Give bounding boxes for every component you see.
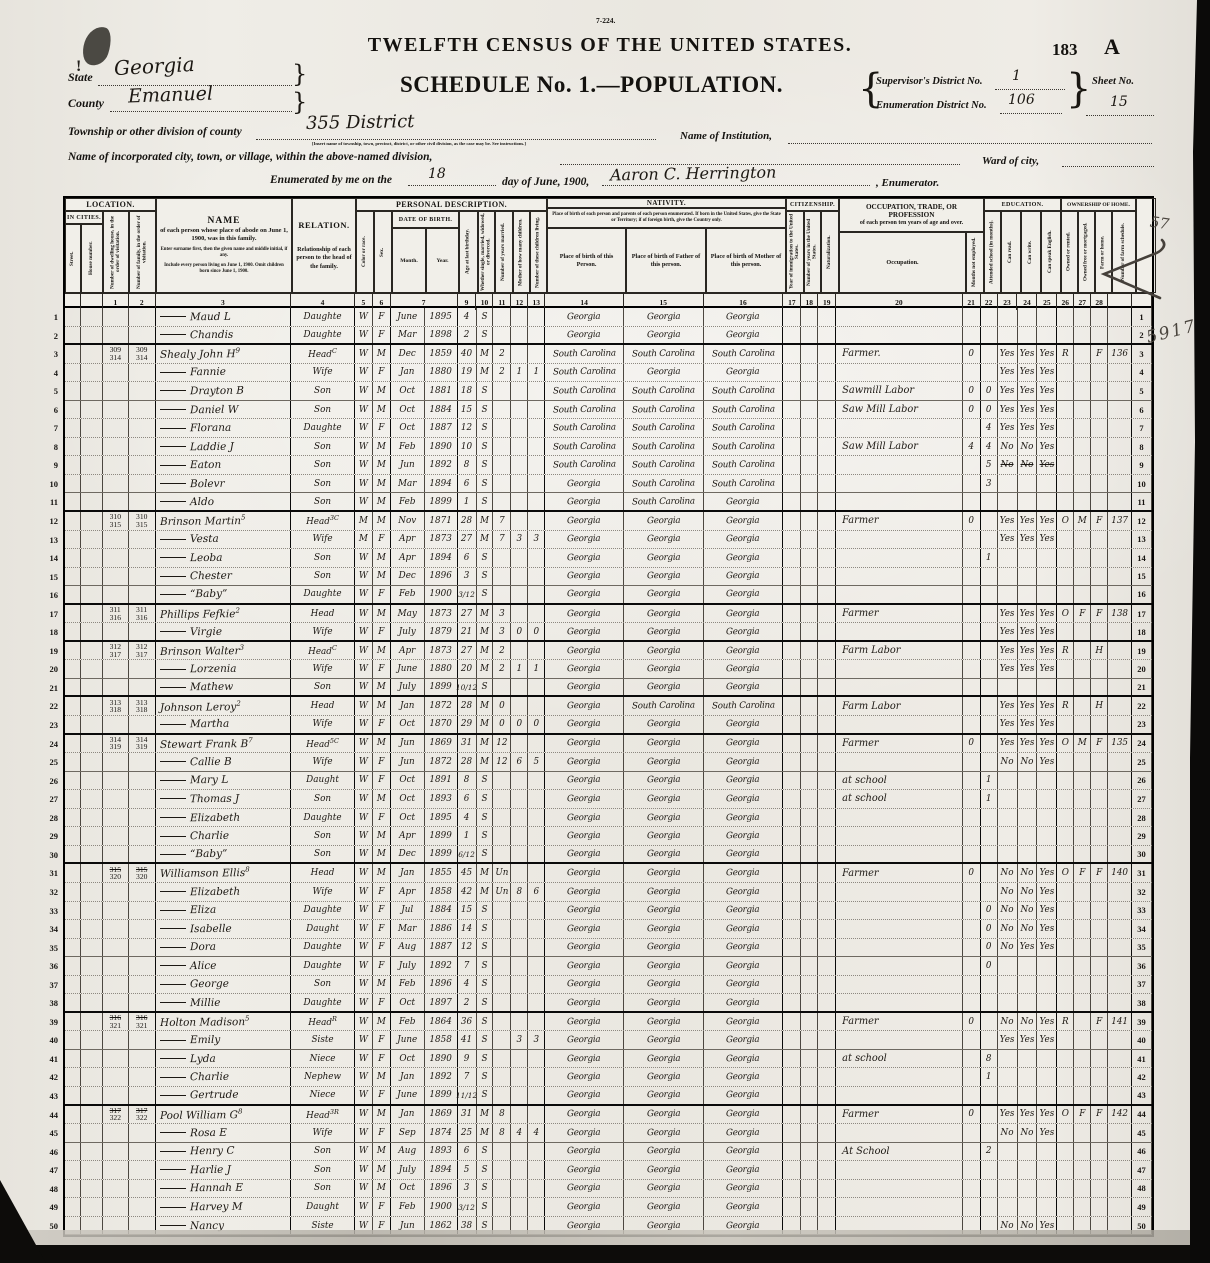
census-row: 312317312317Brinson Walter3HeadCWMApr187… [65,642,1152,661]
cell-cl [528,1106,545,1124]
cell-by: 1890 [425,438,458,456]
cell-mc [511,902,528,920]
relation-group-title: RELATION. [298,220,349,230]
cell-ow [1057,623,1074,640]
left-line-number: 45 [38,1124,58,1143]
cell-ms: S [477,419,494,437]
cell-pf: Georgia [624,1161,704,1179]
cell-ym [493,827,511,845]
cell-mc [511,382,528,400]
cell-by: 1893 [425,790,458,808]
cell-bm: Feb [391,1198,425,1216]
cell-st [65,605,81,623]
cell-cl [528,493,545,510]
cell-yu [801,902,818,920]
name-column-header: NAME of each person whose place of abode… [156,198,292,293]
cell-ln: 48 [1132,1180,1152,1198]
cell-sp [1037,1050,1057,1068]
cell-fs [1108,994,1132,1011]
cell-fm [129,493,156,510]
cell-pm: Georgia [704,1124,784,1142]
cell-mc [511,939,528,957]
cell-fh [1091,586,1108,603]
cell-by: 1869 [425,1106,458,1124]
cell-ag: 27 [458,642,477,660]
cell-rl: Head3R [291,1106,355,1124]
cell-pb: Georgia [545,1198,624,1216]
census-row: IsabelleDaughtWFMar188614SGeorgiaGeorgia… [65,920,1152,939]
cell-cr: W [355,697,373,715]
cell-hn [81,1068,103,1086]
cell-rl: Son [291,475,355,493]
cell-pb: Georgia [545,1087,624,1104]
cell-dw: 309314 [103,345,129,363]
county-rule [110,110,292,112]
cell-sp: Yes [1037,456,1057,474]
census-row: Daniel WSonWMOct188415SSouth CarolinaSou… [65,401,1152,420]
cell-rd [998,586,1018,603]
ditto-dash [160,1077,186,1078]
cell-om [1074,1068,1091,1086]
cell-cl [528,549,545,567]
cell-na [818,772,836,790]
cell-mn: 0 [963,864,981,882]
cell-bm: Oct [391,790,425,808]
cell-oc: Saw Mill Labor [836,401,963,419]
cell-cl [528,1217,545,1235]
cell-cr: W [355,679,373,696]
ditto-dash [160,1058,186,1059]
cell-ow [1057,679,1074,696]
cell-pm: Georgia [704,846,784,863]
cell-mc [511,1087,528,1104]
census-row: 317322317322Pool William G8Head3RWMJan18… [65,1106,1152,1125]
header-nativity_cols-1: Place of birth of Father of this person. [626,228,706,293]
header-personal-sex: Sex. [374,211,392,293]
cell-bm: Oct [391,809,425,827]
cell-st [65,1143,81,1161]
relation-column-header: RELATION. Relationship of each person to… [292,198,356,293]
cell-ln: 6 [1132,401,1152,419]
cell-fs [1108,1198,1132,1216]
cell-pf: South Carolina [624,697,704,715]
cell-dw [103,419,129,437]
cell-fm: 311316 [129,605,156,623]
cell-wr: No [1018,456,1038,474]
cell-sc [981,679,998,696]
cell-ym [493,382,511,400]
cell-pb: Georgia [545,697,624,715]
cell-cr: W [355,902,373,920]
cell-wr [1018,1087,1038,1104]
cell-oc: Farmer. [836,345,963,363]
cell-sc: 1 [981,790,998,808]
cell-st [65,1031,81,1049]
cell-cl [528,1143,545,1161]
cell-ow: R [1057,697,1074,715]
cell-om: F [1074,1106,1091,1124]
cell-pf: South Carolina [624,456,704,474]
cell-pm: South Carolina [704,697,784,715]
cell-pf: Georgia [624,1013,704,1031]
cell-rd: Yes [998,531,1018,549]
cell-cl [528,902,545,920]
cell-mn [963,364,981,382]
cell-ow [1057,419,1074,437]
township-value: 355 District [306,111,415,134]
cell-sc [981,493,998,510]
cell-sc: 0 [981,382,998,400]
cell-na [818,846,836,863]
cell-fh [1091,976,1108,994]
cell-ms: M [477,345,494,363]
cell-rd: Yes [998,512,1018,530]
cell-fm [129,568,156,586]
cell-by: 1872 [425,753,458,771]
cell-mn [963,1180,981,1198]
cell-wr [1018,809,1038,827]
header-groups-5: CITIZENSHIP. [786,198,839,211]
cell-ag: 15 [458,401,477,419]
left-line-number: 31 [38,864,58,883]
cell-ow [1057,401,1074,419]
ditto-dash [160,446,186,447]
cell-cr: W [355,493,373,510]
cell-ms: S [477,772,494,790]
cell-sp [1037,1143,1057,1161]
cell-pm: Georgia [704,753,784,771]
name-note2: Include every person living on June 1, 1… [160,263,288,275]
cell-rd: No [998,902,1018,920]
cell-st [65,642,81,660]
cell-fh: F [1091,864,1108,882]
cell-hn [81,809,103,827]
cell-ag: 18 [458,382,477,400]
cell-bm: July [391,957,425,975]
cell-nm: Aldo [156,493,292,510]
cell-hn [81,623,103,640]
cell-rd [998,679,1018,696]
cell-fh [1091,1124,1108,1142]
cell-mn [963,772,981,790]
census-row: Henry CSonWMAug18936SGeorgiaGeorgiaGeorg… [65,1143,1152,1162]
cell-iy [783,846,801,863]
left-line-number: 43 [38,1087,58,1106]
cell-ms: M [477,605,494,623]
cell-mc [511,1161,528,1179]
cell-pb: Georgia [545,1068,624,1086]
cell-sc [981,364,998,382]
cell-mc [511,401,528,419]
cell-ms: S [477,679,494,696]
cell-dw: 310315 [103,512,129,530]
cell-mn [963,846,981,863]
cell-nm: Daniel W [156,401,292,419]
cell-fs [1108,568,1132,586]
cell-bm: Jan [391,697,425,715]
header-location-house: House number. [81,224,103,293]
census-row: MathewSonWMJuly189910/12SGeorgiaGeorgiaG… [65,679,1152,698]
cell-om [1074,976,1091,994]
cell-bm: June [391,1031,425,1049]
ditto-dash [160,669,186,670]
cell-wr: Yes [1018,735,1038,753]
cell-rd [998,846,1018,863]
cell-cr: W [355,716,373,733]
cell-ow [1057,1087,1074,1104]
cell-st [65,475,81,493]
cell-dw [103,1050,129,1068]
cell-pf: Georgia [624,586,704,603]
left-line-number: 49 [38,1198,58,1217]
ditto-dash [160,910,186,911]
cell-wr: Yes [1018,716,1038,733]
cell-nm: Vesta [156,531,292,549]
cell-cr: W [355,642,373,660]
cell-nm: Johnson Leroy2 [156,697,292,715]
cell-ym [493,401,511,419]
cell-mc [511,1013,528,1031]
cell-pf: Georgia [624,1031,704,1049]
cell-wr: No [1018,920,1038,938]
ditto-dash [160,1002,186,1003]
cell-bm: Feb [391,586,425,603]
cell-ms: S [477,1143,494,1161]
cell-yu [801,605,818,623]
cell-mn [963,827,981,845]
cell-mc [511,308,528,326]
cell-na [818,790,836,808]
cell-fh [1091,827,1108,845]
cell-hn [81,883,103,901]
cell-rl: Son [291,679,355,696]
cell-pb: Georgia [545,920,624,938]
cell-fh: F [1091,1013,1108,1031]
cell-ag: 10 [458,438,477,456]
cell-rl: Wife [291,623,355,640]
cell-iy [783,1031,801,1049]
cell-cl [528,994,545,1011]
cell-fs [1108,1050,1132,1068]
cell-na [818,1180,836,1198]
cell-pm: Georgia [704,790,784,808]
cell-rl: Daughte [291,994,355,1011]
cell-oc: Farmer [836,1013,963,1031]
cell-mc [511,568,528,586]
header-personal-marital: Whether single, married, widowed, or div… [478,211,495,293]
cell-om [1074,419,1091,437]
cell-ms: S [477,1050,494,1068]
cell-mn [963,308,981,326]
sheet-value: 15 [1110,94,1128,110]
cell-dw [103,1124,129,1142]
name-note1: Enter surname first, then the given name… [160,247,288,259]
cell-yu [801,753,818,771]
cell-sx: F [373,327,391,344]
cell-st [65,976,81,994]
cell-pb: Georgia [545,883,624,901]
cell-oc [836,957,963,975]
cell-sp: Yes [1037,1106,1057,1124]
cell-sx: M [373,864,391,882]
cell-ag: 4 [458,976,477,994]
cell-st [65,1087,81,1104]
supervisor-label: Supervisor's District No. [876,76,982,87]
cell-rl: Son [291,493,355,510]
cell-dw: 315320 [103,864,129,882]
cell-pf: Georgia [624,809,704,827]
cell-mc: 3 [511,1031,528,1049]
cell-ms: S [477,401,494,419]
cell-rd: No [998,864,1018,882]
cell-by: 1880 [425,660,458,678]
cell-rl: Daughte [291,327,355,344]
cell-sx: F [373,1031,391,1049]
cell-na [818,883,836,901]
cell-pf: Georgia [624,1106,704,1124]
cell-iy [783,735,801,753]
cell-pf: Georgia [624,1050,704,1068]
cell-ln: 20 [1132,660,1152,678]
cell-cl [528,920,545,938]
cell-pm: Georgia [704,605,784,623]
cell-sc [981,1013,998,1031]
cell-na [818,512,836,530]
census-row: “Baby”DaughteWFFeb19003/12SGeorgiaGeorgi… [65,586,1152,605]
cell-pf: South Carolina [624,438,704,456]
cell-fm [129,753,156,771]
cell-sc: 1 [981,1068,998,1086]
cell-na [818,1217,836,1235]
cell-st [65,1124,81,1142]
cell-rd [998,568,1018,586]
cell-fm [129,883,156,901]
ditto-dash [160,483,186,484]
cell-dw [103,939,129,957]
cell-ln: 36 [1132,957,1152,975]
cell-om [1074,994,1091,1011]
cell-fm [129,327,156,344]
cell-ym [493,493,511,510]
cell-fh [1091,883,1108,901]
cell-mc [511,1198,528,1216]
cell-fs [1108,1217,1132,1235]
cell-st [65,920,81,938]
cell-hn [81,790,103,808]
left-line-number: 27 [38,790,58,809]
cell-dw [103,976,129,994]
cell-by: 1884 [425,902,458,920]
cell-cr: W [355,957,373,975]
cell-ow [1057,1217,1074,1235]
cell-om [1074,1013,1091,1031]
cell-na [818,531,836,549]
cell-na [818,586,836,603]
cell-by: 1899 [425,679,458,696]
cell-hn [81,864,103,882]
cell-hn [81,716,103,733]
cell-pf: Georgia [624,902,704,920]
cell-sc [981,568,998,586]
cell-pm: Georgia [704,772,784,790]
cell-ms: M [477,512,494,530]
institution-rule [788,142,1152,144]
cell-nm: Thomas J [156,790,292,808]
cell-by: 1864 [425,1013,458,1031]
cell-sx: M [373,568,391,586]
cell-ym: Un [493,883,511,901]
cell-bm: Sep [391,1124,425,1142]
cell-ow [1057,790,1074,808]
cell-sp [1037,846,1057,863]
cell-yu [801,939,818,957]
cell-sp: Yes [1037,660,1057,678]
cell-sc: 0 [981,957,998,975]
cell-ms: M [477,716,494,733]
cell-dw [103,475,129,493]
cell-sx: M [373,493,391,510]
cell-mc: 4 [511,1124,528,1142]
cell-om [1074,456,1091,474]
cell-om [1074,679,1091,696]
cell-iy [783,512,801,530]
cell-ms: S [477,1068,494,1086]
cell-pm: Georgia [704,586,784,603]
cell-st [65,864,81,882]
cell-hn [81,549,103,567]
cell-ow: O [1057,512,1074,530]
cell-mn [963,753,981,771]
cell-om [1074,902,1091,920]
cell-dw [103,493,129,510]
cell-yu [801,660,818,678]
cell-pm: Georgia [704,864,784,882]
cell-rl: Wife [291,660,355,678]
cell-sc: 0 [981,401,998,419]
cell-cl [528,512,545,530]
cell-bm: Dec [391,345,425,363]
cell-wr: Yes [1018,401,1038,419]
cell-cl [528,568,545,586]
cell-rl: Son [291,382,355,400]
cell-oc [836,1087,963,1104]
cell-nm: George [156,976,292,994]
cell-oc [836,419,963,437]
cell-oc [836,364,963,382]
cell-ag: 1 [458,827,477,845]
cell-cr: W [355,438,373,456]
ditto-dash [160,817,186,818]
cell-by: 1881 [425,382,458,400]
cell-cr: W [355,735,373,753]
cell-ln: 45 [1132,1124,1152,1142]
cell-sp [1037,790,1057,808]
cell-ym: 3 [493,605,511,623]
cell-mn [963,679,981,696]
cell-rl: Daughte [291,586,355,603]
cell-pb: Georgia [545,846,624,863]
cell-cr: W [355,419,373,437]
cell-sc: 4 [981,438,998,456]
cell-oc [836,809,963,827]
cell-yu [801,1198,818,1216]
cell-hn [81,1217,103,1235]
cell-na [818,679,836,696]
cell-ow [1057,957,1074,975]
cell-mn [963,642,981,660]
cell-ln: 37 [1132,976,1152,994]
cell-rd [998,493,1018,510]
